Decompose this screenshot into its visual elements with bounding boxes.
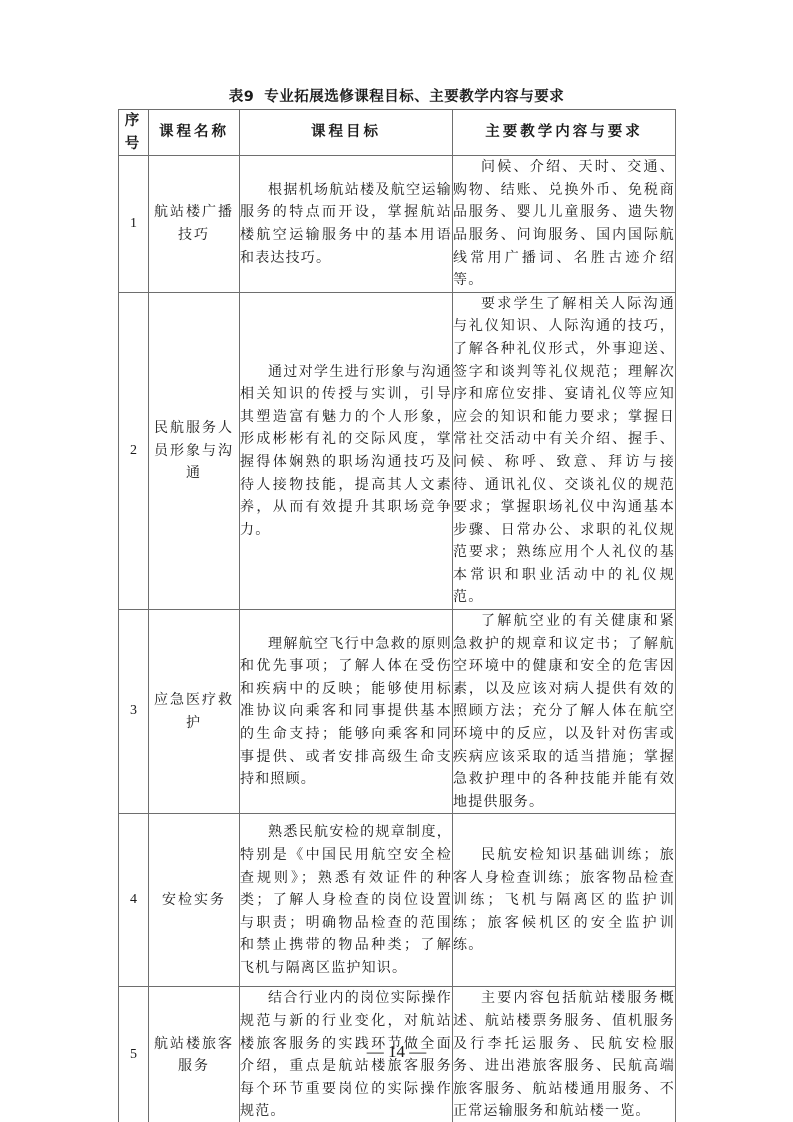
table-caption: 表9专业拓展选修课程目标、主要教学内容与要求 [0,87,793,107]
row-seq: 1 [119,156,149,293]
row-course-name: 航站楼广播技巧 [149,156,240,293]
table-number: 表9 [229,89,255,105]
row-course-name: 应急医疗救护 [149,610,240,814]
table-row: 3 应急医疗救护 理解航空飞行中急救的原则和优先事项；了解人体在受伤和疾病中的反… [119,610,676,814]
row-seq: 4 [119,814,149,987]
header-seq: 序号 [119,110,149,156]
row-course-goal: 根据机场航站楼及航空运输服务的特点而开设，掌握航站楼航空运输服务中的基本用语和表… [240,156,453,293]
course-table: 序号 课程名称 课程目标 主要教学内容与要求 1 航站楼广播技巧 根据机场航站楼… [118,109,676,1122]
row-course-name: 民航服务人员形象与沟通 [149,292,240,609]
table-row: 1 航站楼广播技巧 根据机场航站楼及航空运输服务的特点而开设，掌握航站楼航空运输… [119,156,676,293]
row-course-goal: 理解航空飞行中急救的原则和优先事项；了解人体在受伤和疾病中的反映；能够使用标准协… [240,610,453,814]
row-teaching-content: 要求学生了解相关人际沟通与礼仪知识、人际沟通的技巧，了解各种礼仪形式，外事迎送、… [453,292,676,609]
row-course-name: 安检实务 [149,814,240,987]
page-number: — 14 — [0,1042,793,1062]
header-course-name: 课程名称 [149,110,240,156]
table-header-row: 序号 课程名称 课程目标 主要教学内容与要求 [119,110,676,156]
row-teaching-content: 了解航空业的有关健康和紧急救护的规章和议定书；了解航空环境中的健康和安全的危害因… [453,610,676,814]
header-teaching-content: 主要教学内容与要求 [453,110,676,156]
row-course-goal: 熟悉民航安检的规章制度，特别是《中国民用航空安全检查规则》；熟悉有效证件的种类；… [240,814,453,987]
row-seq: 2 [119,292,149,609]
row-seq: 3 [119,610,149,814]
table-row: 2 民航服务人员形象与沟通 通过对学生进行形象与沟通相关知识的传授与实训，引导其… [119,292,676,609]
row-teaching-content: 民航安检知识基础训练；旅客人身检查训练；旅客物品检查训练；飞机与隔离区的监护训练… [453,814,676,987]
row-teaching-content: 问候、介绍、天时、交通、购物、结账、兑换外币、免税商品服务、婴儿儿童服务、遗失物… [453,156,676,293]
header-course-goal: 课程目标 [240,110,453,156]
table-row: 4 安检实务 熟悉民航安检的规章制度，特别是《中国民用航空安全检查规则》；熟悉有… [119,814,676,987]
table-title: 专业拓展选修课程目标、主要教学内容与要求 [264,89,564,105]
row-course-goal: 通过对学生进行形象与沟通相关知识的传授与实训，引导其塑造富有魅力的个人形象，形成… [240,292,453,609]
